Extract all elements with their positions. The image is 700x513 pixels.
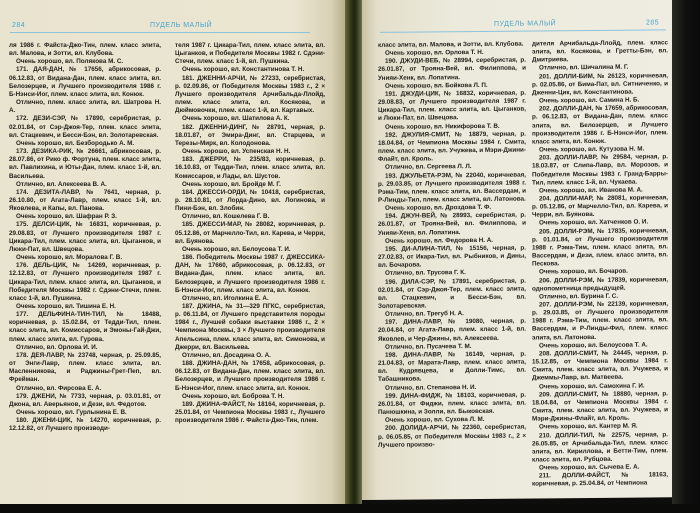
entry-paragraph: 209. ДОЛЛИ-СМИТ, № 18880, черная, р. 18.… [532, 390, 668, 424]
running-head-left: ПУДЕЛЬ МАЛЫЙ [150, 22, 212, 32]
entry-paragraph: 211. ДОЛЛИ-ФАЙСТ, № 18163, коричневая, р… [532, 472, 668, 489]
entry-paragraph: Отлично, вл. Алексеева В. А. [9, 181, 161, 189]
entry-paragraph: 203. ДОЛЛИ-ЛАВР, № 29584, черная, р. 18.… [532, 154, 668, 188]
book-spine [345, 0, 362, 513]
left-page-column-2: теля 1987 г. Цикара-Тил, плем. класс эли… [175, 42, 325, 425]
entry-paragraph: 199. ДИНА-ФИДЖ, № 18103, коричневая, р. … [378, 391, 526, 417]
entry-paragraph: 194. ДЖУН-ВЕЙ, № 28993, серебристая, р. … [378, 212, 526, 238]
entry-paragraph: 202. ДОЛЛИ-ДАН, № 17659, абрикосовая, р.… [532, 105, 668, 147]
entry-paragraph: Очень хорошо, вл. Тишина Е. Н. [9, 303, 161, 311]
entry-paragraph: Отлично, плем. класс элита, вл. Шатрова … [9, 99, 161, 115]
left-page-column-1: ля 1986 г. Файста-Джо-Тин, плем. класс э… [9, 42, 161, 434]
entry-paragraph: Очень хорошо, вл. Шатилова А. К. [175, 115, 325, 123]
entry-paragraph: Очень хорошо, вл. Бройде М. Г. [175, 181, 325, 189]
entry-paragraph: 197. ДИНА-ЛАВР, № 19080, черная, р. 20.0… [378, 318, 526, 344]
right-page-column-2: дителя Арчибальда-Ллойд, плем. класс эли… [532, 39, 668, 489]
entry-paragraph: 190. ДЖУДИ-ВЕБ, № 28994, серебристая, р.… [378, 57, 526, 83]
entry-paragraph: 177. ДЕЛЬФИНА-ТИН-ТИЛ, № 18488, коричнев… [9, 311, 161, 344]
entry-paragraph: 207. ДОЛЛИ-РЭМ, № 22139, коричневая, р. … [532, 300, 668, 342]
entry-paragraph: 195. ДИ-АЛИНА-ТИЛ, № 15156, черная, р. 2… [378, 244, 526, 270]
entry-paragraph: 187. ДЖИНА, № 31—329 ПГКС, серебристая, … [175, 303, 325, 352]
entry-paragraph: ля 1986 г. Файста-Джо-Тин, плем. класс э… [9, 42, 161, 58]
entry-paragraph: 210. ДОЛЛИ-ТИЛ, № 22575, черная, р. 26.0… [532, 431, 668, 465]
left-page: 284 ПУДЕЛЬ МАЛЫЙ ля 1986 г. Файста-Джо-Т… [0, 0, 345, 506]
entry-paragraph: Отлично, вл. Орлова И. И. [9, 344, 161, 352]
header-rule-left [10, 32, 310, 33]
entry-paragraph: 183. ДЖЕРРИ, № 235/83, коричневая, р. 16… [175, 156, 325, 180]
entry-paragraph: Очень хорошо, вл. Боброва Т. Н. [175, 393, 325, 401]
entry-paragraph: 173. ДЕЗИКА-РИК, № 26661, абрикосовая, р… [9, 148, 161, 181]
entry-paragraph: 189. ДЖИНА-ФАЙСТ, № 18164, коричневая, р… [175, 401, 325, 425]
entry-paragraph: 196. ДИЛА-СЭР, № 17891, серебристая, р. … [378, 277, 526, 311]
entry-paragraph: 191. ДЖУДИ-ЦИК, № 16832, коричневая, р. … [378, 90, 526, 124]
entry-paragraph: 180. ДЖЕНИ-ЦИК, № 14270, коричневая, р. … [9, 417, 161, 433]
entry-paragraph: теля 1987 г. Цикара-Тил, плем. класс эли… [175, 42, 325, 66]
entry-paragraph: Очень хорошо, вл. Гурлынина Е. В. [9, 409, 161, 417]
entry-paragraph: Отлично, вл. Досадина О. А. [175, 352, 325, 360]
entry-paragraph: 176. ДЕЛЬ-ЦИК, № 14269, коричневая, р. 1… [9, 262, 161, 303]
entry-paragraph: 172. ДЕЗИ-СЭР, № 17890, серебристая, р. … [9, 115, 161, 139]
entry-paragraph: 184. ДЖЕССИ-ОРДИ, № 10418, серебристая, … [175, 189, 325, 213]
entry-paragraph: 201. ДОЛЛИ-БИМ, № 26123, коричневая, р. … [532, 72, 668, 98]
entry-paragraph: 181. ДЖЕННИ-АРЧИ, № 27233, серебристая, … [175, 75, 325, 116]
entry-paragraph: дителя Арчибальда-Ллойд, плем. класс эли… [532, 39, 668, 65]
entry-paragraph: 198. ДИНА-ЛАВР, № 16149, черная, р. 21.0… [378, 351, 526, 385]
book-edge [672, 0, 700, 513]
entry-paragraph: 208. ДОЛЛИ-СМИТ, № 24445, черная, р. 15.… [532, 349, 668, 383]
entry-paragraph: 179. ДЖЕНИ, № 7733, черная, р. 03.01.81,… [9, 393, 161, 409]
entry-paragraph: Очень хорошо, вл. Константинова Т. Н. [175, 66, 325, 74]
entry-paragraph: 200. ДОЛИДА-АРЧИ, № 22360, серебристая, … [378, 424, 526, 450]
entry-paragraph: 182. ДЖЕННИ-ДИНГ, № 28791, черная, р. 18… [175, 124, 325, 148]
entry-paragraph: 205. ДОЛЛИ-РЭМ, № 17835, коричневая, р. … [532, 227, 668, 269]
right-page: ПУДЕЛЬ МАЛЫЙ 285 класс элита, вл. Малова… [362, 0, 672, 500]
entry-paragraph: Очень хорошо, вл. Моралова Г. В. [9, 254, 161, 262]
entry-paragraph: Очень хорошо, вл. Успенская Н. Н. [175, 148, 325, 156]
scan-border [0, 504, 700, 513]
running-head-right: ПУДЕЛЬ МАЛЫЙ [494, 20, 556, 31]
entry-paragraph: 204. ДОЛЛИ-МАР, № 28081, коричневая, р. … [532, 194, 668, 220]
page-number-left: 284 [12, 22, 25, 32]
entry-paragraph: 188. ДЖИНА-ДАН, № 17658, абрикосовая, р.… [175, 360, 325, 393]
entry-paragraph: 185. ДЖЕССИ-МАР, № 28082, коричневая, р.… [175, 221, 325, 245]
entry-paragraph: 171. ДАЯ-ДАН, № 17656, абрикосовая, р. 0… [9, 66, 161, 99]
entry-paragraph: 174. ДЕЗИТА-ЛАВР, № 7641, черная, р. 26.… [9, 189, 161, 213]
entry-paragraph: Отлично, вл. Кошелева Г. В. [175, 213, 325, 221]
entry-paragraph: 206. ДОЛЛИ-РЭМ, № 17839, коричневая, одн… [532, 276, 668, 293]
header-rule-right [380, 29, 666, 32]
entry-paragraph: Отлично, вл. Иголкина Е. А. [175, 295, 325, 303]
entry-paragraph: 192. ДЖУЛИЯ-СМИТ, № 18879, черная, р. 18… [378, 130, 526, 164]
entry-paragraph: Очень хорошо, вл. Безбородько А. М. [9, 140, 161, 148]
entry-paragraph: 186. Победитель Москвы 1987 г. ДЖЕССИКА-… [175, 254, 325, 295]
entry-paragraph: Очень хорошо, вл. Белоусова Т. И. [175, 246, 325, 254]
right-page-column-1: класс элита, вл. Малова, и Зотти, вл. Кл… [378, 41, 526, 450]
entry-paragraph: Очень хорошо, вл. Шафран Р. З. [9, 213, 161, 221]
entry-paragraph: 175. ДЕЛСИ-ЦИК, № 16831, коричневая, р. … [9, 221, 161, 254]
entry-paragraph: 178. ДЕЯ-ЛАВР, № 23748, черная, р. 25.09… [9, 352, 161, 385]
entry-paragraph: Отлично, вл. Фирсова Е. А. [9, 385, 161, 393]
entry-paragraph: 193. ДЖУЛЬЕТА-РЭМ, № 22040, коричневая, … [378, 171, 526, 205]
page-number-right: 285 [646, 19, 659, 29]
